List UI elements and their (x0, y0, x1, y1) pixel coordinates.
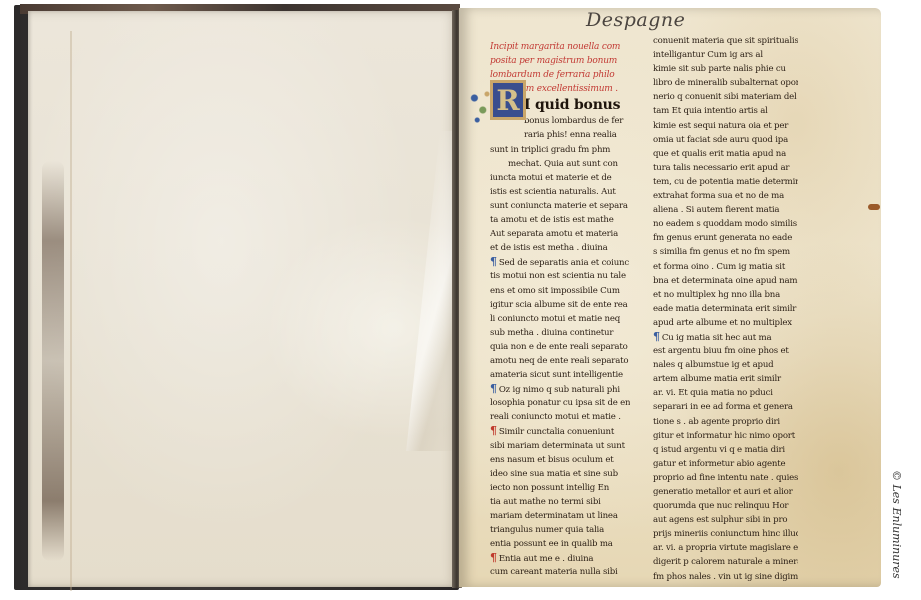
manuscript-line: aut agens est sulphur sibi in pro (653, 513, 798, 527)
manuscript-line: entia possunt ee in qualib ma (490, 537, 630, 551)
copyright-watermark: © Les Enluminures (890, 470, 903, 579)
manuscript-line: que et qualis erit matia apud na (653, 147, 798, 161)
manuscript-line: kimie est sequi natura oia et per (653, 119, 798, 133)
manuscript-line: amotu neq de ente reali separato (490, 354, 630, 368)
manuscript-line: eade matia determinata erit similr (653, 302, 798, 316)
manuscript-line: digerit p calorem naturale a mineralr (653, 555, 798, 569)
manuscript-line: q istud argentu vi q e matia diri (653, 443, 798, 457)
manuscript-line: generatio metallor et auri et alior (653, 485, 798, 499)
manuscript-line: proprio ad fine intentu nate . quiest (653, 471, 798, 485)
manuscript-line: mariam determinatam ut linea (490, 509, 630, 523)
manuscript-line: gitur et informatur hic nimo oport (653, 429, 798, 443)
manuscript-line: amateria sicut sunt intelligentie (490, 368, 630, 382)
manuscript-line: Similr cunctalia conueniunt (490, 424, 630, 438)
manuscript-line: iecto non possunt intellig En (490, 481, 630, 495)
flyleaf-stain (42, 161, 64, 561)
manuscript-line: tura talis necessario erit apud ar (653, 161, 798, 175)
manuscript-line: Cu ig matia sit hec aut ma (653, 330, 798, 344)
manuscript-line: gatur et informetur abio agente (653, 457, 798, 471)
text-column-left: Incipit margarita nouella com posita per… (490, 40, 630, 579)
manuscript-line: tia aut mathe no termi sibi (490, 495, 630, 509)
manuscript-line: Sed de separatis ania et coiunc (490, 255, 630, 269)
manuscript-line: no eadem s quoddam modo similis (653, 217, 798, 231)
left-flyleaf-page (28, 11, 458, 587)
manuscript-line: cum careant materia nulla sibi (490, 565, 630, 579)
text-column-right: conuenit materia que sit spiritualisinte… (653, 34, 798, 584)
illuminated-initial: R (490, 80, 526, 120)
manuscript-line: libro de mineralib subalternat oporti (653, 76, 798, 90)
incipit-rubric-line: Incipit margarita nouella com (490, 40, 630, 54)
manuscript-line: et no multiplex hg nno illa bna (653, 288, 798, 302)
manuscript-line: triangulus numer quia talia (490, 523, 630, 537)
manuscript-line: s similia fm genus et no fm spem (653, 245, 798, 259)
manuscript-line: conuenit materia que sit spiritualis (653, 34, 798, 48)
manuscript-line: reali coniuncto motui et matie . (490, 410, 630, 424)
manuscript-line: est argentu biuu fm oine phos et (653, 344, 798, 358)
manuscript-line: tione s . ab agente proprio diri (653, 415, 798, 429)
manuscript-line: losophia ponatur cu ipsa sit de ente (490, 396, 630, 410)
manuscript-line: nerio q conuenit sibi materiam del mina (653, 90, 798, 104)
manuscript-line: tem, cu de potentia matie determina (653, 175, 798, 189)
manuscript-line: ideo sine sua matia et sine sub (490, 467, 630, 481)
header-annotation: Despagne (586, 9, 685, 31)
manuscript-line: fm genus erunt generata no eade (653, 231, 798, 245)
manuscript-photo: Despagne Incipit margarita nouella com p… (0, 0, 921, 600)
manuscript-line: omia ut faciat sde auru quod ipa (653, 133, 798, 147)
manuscript-line: ens nasum et bisus oculum et (490, 453, 630, 467)
manuscript-line: iuncta motui et materie et de (490, 171, 630, 185)
incipit-rubric-line: posita per magistrum bonum (490, 54, 630, 68)
manuscript-line: Oz ig nimo q sub naturali phi (490, 382, 630, 396)
manuscript-line: artem albume matia erit similr (653, 372, 798, 386)
manuscript-line: nales q albumstue ig et apud (653, 358, 798, 372)
manuscript-line: separari in ee ad forma et genera (653, 400, 798, 414)
manuscript-line: Entia aut me e . diuina (490, 551, 630, 565)
flyleaf-inner-edge (70, 31, 72, 591)
manuscript-line: prijs mineriis coniunctum hinc illud (653, 527, 798, 541)
manuscript-line: intelligantur Cum ig ars al (653, 48, 798, 62)
manuscript-line: fm phos nales . vin ut ig sine digimis (653, 570, 798, 584)
manuscript-line: sibi mariam determinata ut sunt (490, 439, 630, 453)
manuscript-line: tis motui non est scientia nu tale (490, 269, 630, 283)
manuscript-line: ta amotu et de istis est mathe (490, 213, 630, 227)
page-stain (868, 204, 880, 210)
manuscript-line: istis est scientia naturalis. Aut (490, 185, 630, 199)
manuscript-line: quia non e de ente reali separato (490, 340, 630, 354)
manuscript-line: mechat. Quia aut sunt con (490, 157, 630, 171)
manuscript-line: igitur scia albume sit de ente rea (490, 298, 630, 312)
manuscript-line: raria phis! enna realia (490, 128, 630, 142)
manuscript-line: sunt in triplici gradu fm phm (490, 143, 630, 157)
manuscript-line: li coniuncto motui et matie neq (490, 312, 630, 326)
manuscript-line: Aut separata amotu et materia (490, 227, 630, 241)
manuscript-line: extrahat forma sua et no de ma (653, 189, 798, 203)
manuscript-line: et forma oino . Cum ig matia sit (653, 260, 798, 274)
manuscript-line: sub metha . diuina continetur (490, 326, 630, 340)
manuscript-line: sunt coniuncta materie et separa (490, 199, 630, 213)
manuscript-line: et de istis est metha . diuina (490, 241, 630, 255)
manuscript-line: kimie sit sub parte nalis phie cu (653, 62, 798, 76)
manuscript-line: ens et omo sit impossibile Cum (490, 284, 630, 298)
manuscript-line: ar. vi. a propria virtute magislare et (653, 541, 798, 555)
manuscript-line: apud arte albume et no multiplex (653, 316, 798, 330)
manuscript-line: aliena . Si autem fierent matia (653, 203, 798, 217)
manuscript-line: ar. vi. Et quia matia no pduci (653, 386, 798, 400)
manuscript-line: tam Et quia intentio artis al (653, 104, 798, 118)
manuscript-line: bna et determinata oine apud nam (653, 274, 798, 288)
manuscript-line: quorumda que nuc relinquu Hor (653, 499, 798, 513)
